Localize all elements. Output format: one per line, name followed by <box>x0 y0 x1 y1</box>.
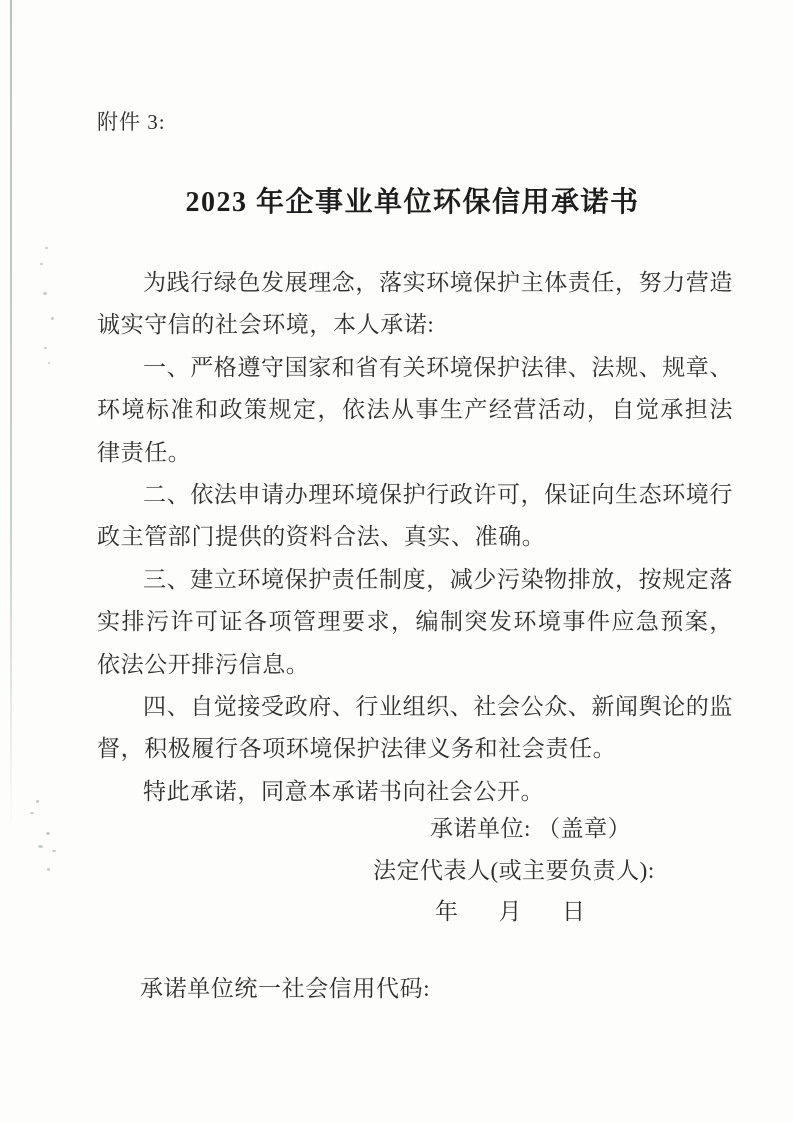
commitment-item-4: 四、自觉接受政府、行业组织、社会公众、新闻舆论的监督，积极履行各项环境保护法律义… <box>97 686 733 771</box>
attachment-label: 附件 3: <box>97 106 166 136</box>
signature-representative-line: 法定代表人(或主要负责人): <box>373 852 655 885</box>
scan-speckle <box>46 832 50 835</box>
scan-edge-line <box>10 0 12 832</box>
document-page: 附件 3: 2023 年企事业单位环保信用承诺书 为践行绿色发展理念，落实环境保… <box>0 0 793 1122</box>
scan-speckle <box>48 362 50 364</box>
scan-speckle <box>30 812 34 814</box>
signature-date-line: 年 月 日 <box>435 893 586 926</box>
scan-speckle <box>40 263 43 265</box>
scan-speckle <box>44 347 47 349</box>
commitment-item-1: 一、严格遵守国家和省有关环境保护法律、法规、规章、环境标准和政策规定，依法从事生… <box>97 347 733 474</box>
scan-speckle <box>36 800 39 803</box>
scan-speckle <box>45 247 48 249</box>
document-title: 2023 年企事业单位环保信用承诺书 <box>0 180 793 220</box>
signature-unit-line: 承诺单位: （盖章） <box>430 810 631 843</box>
commitment-item-2: 二、依法申请办理环境保护行政许可，保证向生态环境行政主管部门提供的资料合法、真实… <box>97 474 733 559</box>
scan-speckle <box>52 850 56 852</box>
scan-speckle <box>38 845 43 848</box>
closing-paragraph: 特此承诺，同意本承诺书向社会公开。 <box>97 771 733 813</box>
scan-speckle <box>51 317 54 320</box>
scan-speckle <box>43 292 47 295</box>
intro-paragraph: 为践行绿色发展理念，落实环境保护主体责任，努力营造诚实守信的社会环境，本人承诺: <box>97 262 733 347</box>
credit-code-line: 承诺单位统一社会信用代码: <box>140 970 430 1003</box>
document-body: 为践行绿色发展理念，落实环境保护主体责任，努力营造诚实守信的社会环境，本人承诺:… <box>97 262 733 813</box>
commitment-item-3: 三、建立环境保护责任制度，减少污染物排放，按规定落实排污许可证各项管理要求，编制… <box>97 559 733 686</box>
date-month-label: 月 <box>499 893 523 926</box>
date-day-label: 日 <box>562 893 586 926</box>
date-year-label: 年 <box>435 893 459 926</box>
scan-speckle <box>47 868 50 871</box>
